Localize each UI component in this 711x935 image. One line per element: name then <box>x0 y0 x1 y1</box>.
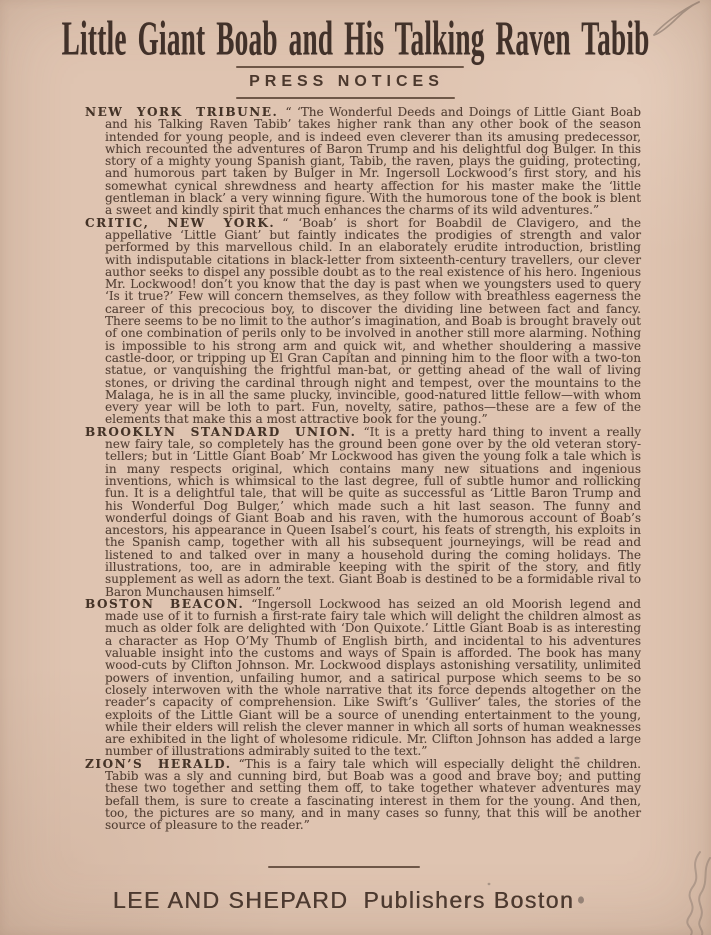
title-row: Little Giant Boab and His Talking Raven … <box>0 13 711 62</box>
divider-top <box>236 66 464 68</box>
press-notices-list: NEW YORK TRIBUNE.“ ‘The Wonderful Deeds … <box>85 106 641 832</box>
publisher-name: LEE AND SHEPARD <box>113 887 349 914</box>
publisher-location: Publishers Boston <box>363 887 574 914</box>
notice-zions-herald: ZION’S HERALD.“This is a fairy tale whic… <box>85 758 641 832</box>
notice-boston-beacon: BOSTON BEACON.“Ingersoll Lockwood has se… <box>85 598 641 758</box>
notice-text: “ ‘The Wonderful Deeds and Doings of Lit… <box>105 105 641 217</box>
book-title: Little Giant Boab and His Talking Raven … <box>62 12 650 67</box>
divider-middle <box>236 97 455 99</box>
notice-text: “This is a fairy tale which will especia… <box>105 757 641 832</box>
notice-brooklyn-standard-union: BROOKLYN STANDARD UNION.“It is a pretty … <box>85 426 641 598</box>
notice-text: “ ‘Boab’ is short for Boabdil de Clavige… <box>105 216 641 427</box>
notice-new-york-tribune: NEW YORK TRIBUNE.“ ‘The Wonderful Deeds … <box>85 106 641 217</box>
scanned-book-page: Little Giant Boab and His Talking Raven … <box>0 0 711 935</box>
publisher-imprint: LEE AND SHEPARD Publishers Boston <box>0 887 699 914</box>
notice-text: “It is a pretty hard thing to invent a r… <box>105 425 641 599</box>
press-notices-heading: PRESS NOTICES <box>0 73 702 91</box>
divider-footer <box>268 866 420 868</box>
notice-text: “Ingersoll Lockwood has seized an old Mo… <box>105 597 641 759</box>
notice-critic-new-york: CRITIC, NEW YORK.“ ‘Boab’ is short for B… <box>85 217 641 426</box>
